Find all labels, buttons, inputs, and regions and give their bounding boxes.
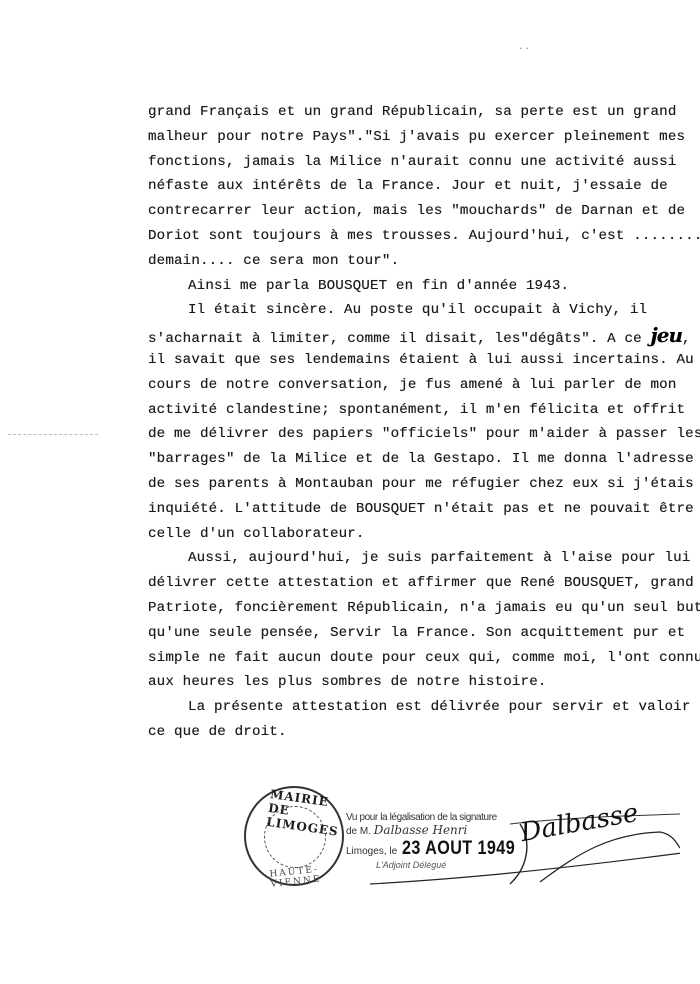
text-line: néfaste aux intérêts de la France. Jour … [148,174,688,199]
text-line: cours de notre conversation, je fus amen… [148,373,688,398]
stamp-bottom-text: HAUTE-VIENNE [269,862,343,889]
text-line: Doriot sont toujours à mes trousses. Auj… [148,224,688,249]
handwritten-correction: jeu [651,323,683,347]
text-line: s'acharnait à limiter, comme il disait, … [148,323,688,348]
line-text: "barrages" de la Milice et de la Gestapo… [148,451,694,467]
line-text: ce que de droit. [148,724,287,740]
line-text: contrecarrer leur action, mais les "mouc… [148,203,685,219]
text-line: La présente attestation est délivrée pou… [148,695,688,720]
line-text: Doriot sont toujours à mes trousses. Auj… [148,228,700,244]
page-mark: .. [518,42,531,52]
margin-mark [8,434,98,435]
text-line: celle d'un collaborateur. [148,522,688,547]
line-text: s'acharnait à limiter, comme il disait, … [148,331,651,347]
text-line: Patriote, foncièrement Républicain, n'a … [148,596,688,621]
name-prefix: de M. [346,826,371,837]
line-text: Ainsi me parla BOUSQUET en fin d'année 1… [188,278,569,294]
text-line: contrecarrer leur action, mais les "mouc… [148,199,688,224]
stamp-top-text: MAIRIE DE LIMOGES [265,787,344,839]
line-text: il savait que ses lendemains étaient à l… [148,352,694,368]
line-text: néfaste aux intérêts de la France. Jour … [148,178,668,194]
text-line: de me délivrer des papiers "officiels" p… [148,422,688,447]
line-text: aux heures les plus sombres de notre his… [148,674,547,690]
line-text: de me délivrer des papiers "officiels" p… [148,426,700,442]
legalisation-block: Vu pour la légalisation de la signature … [346,812,506,870]
letter-body: grand Français et un grand Républicain, … [148,100,688,745]
text-line: aux heures les plus sombres de notre his… [148,670,688,695]
place-label: Limoges, le [346,846,397,857]
signed-name: Dalbasse Henri [374,823,468,837]
line-text: activité clandestine; spontanément, il m… [148,402,685,418]
line-text: Il était sincère. Au poste qu'il occupai… [188,302,647,318]
line-text: malheur pour notre Pays"."Si j'avais pu … [148,129,685,145]
text-line: Ainsi me parla BOUSQUET en fin d'année 1… [148,274,688,299]
text-line: Il était sincère. Au poste qu'il occupai… [148,298,688,323]
text-line: "barrages" de la Milice et de la Gestapo… [148,447,688,472]
line-text: celle d'un collaborateur. [148,526,365,542]
text-line: fonctions, jamais la Milice n'aurait con… [148,150,688,175]
text-line: demain.... ce sera mon tour". [148,249,688,274]
line-text: La présente attestation est délivrée pou… [188,699,691,715]
line-text: demain.... ce sera mon tour". [148,253,399,269]
date-stamp: 23 AOUT 1949 [402,838,515,860]
text-line: délivrer cette attestation et affirmer q… [148,571,688,596]
text-line: il savait que ses lendemains étaient à l… [148,348,688,373]
legalisation-name: de M. Dalbasse Henri [346,823,506,837]
text-line: activité clandestine; spontanément, il m… [148,398,688,423]
legalisation-caption: Vu pour la légalisation de la signature [346,812,506,823]
text-line: de ses parents à Montauban pour me réfug… [148,472,688,497]
text-line: inquiété. L'attitude de BOUSQUET n'était… [148,497,688,522]
line-text: qu'une seule pensée, Servir la France. S… [148,625,685,641]
line-text: fonctions, jamais la Milice n'aurait con… [148,154,677,170]
line-text: cours de notre conversation, je fus amen… [148,377,677,393]
line-text: de ses parents à Montauban pour me réfug… [148,476,694,492]
line-text: Aussi, aujourd'hui, je suis parfaitement… [188,550,691,566]
text-line: simple ne fait aucun doute pour ceux qui… [148,646,688,671]
date-row: Limoges, le 23 AOUT 1949 [346,838,506,860]
line-text: simple ne fait aucun doute pour ceux qui… [148,650,700,666]
line-text: Patriote, foncièrement Républicain, n'a … [148,600,700,616]
line-text: délivrer cette attestation et affirmer q… [148,575,694,591]
line-text: inquiété. L'attitude de BOUSQUET n'était… [148,501,694,517]
text-line: qu'une seule pensée, Servir la France. S… [148,621,688,646]
text-line: malheur pour notre Pays"."Si j'avais pu … [148,125,688,150]
text-line: grand Français et un grand Républicain, … [148,100,688,125]
town-hall-stamp: MAIRIE DE LIMOGES HAUTE-VIENNE [244,786,344,886]
text-line: Aussi, aujourd'hui, je suis parfaitement… [148,546,688,571]
role-label: L'Adjoint Délégué [376,860,506,870]
line-text-after: , [682,331,691,347]
text-line: ce que de droit. [148,720,688,745]
line-text: grand Français et un grand Républicain, … [148,104,677,120]
